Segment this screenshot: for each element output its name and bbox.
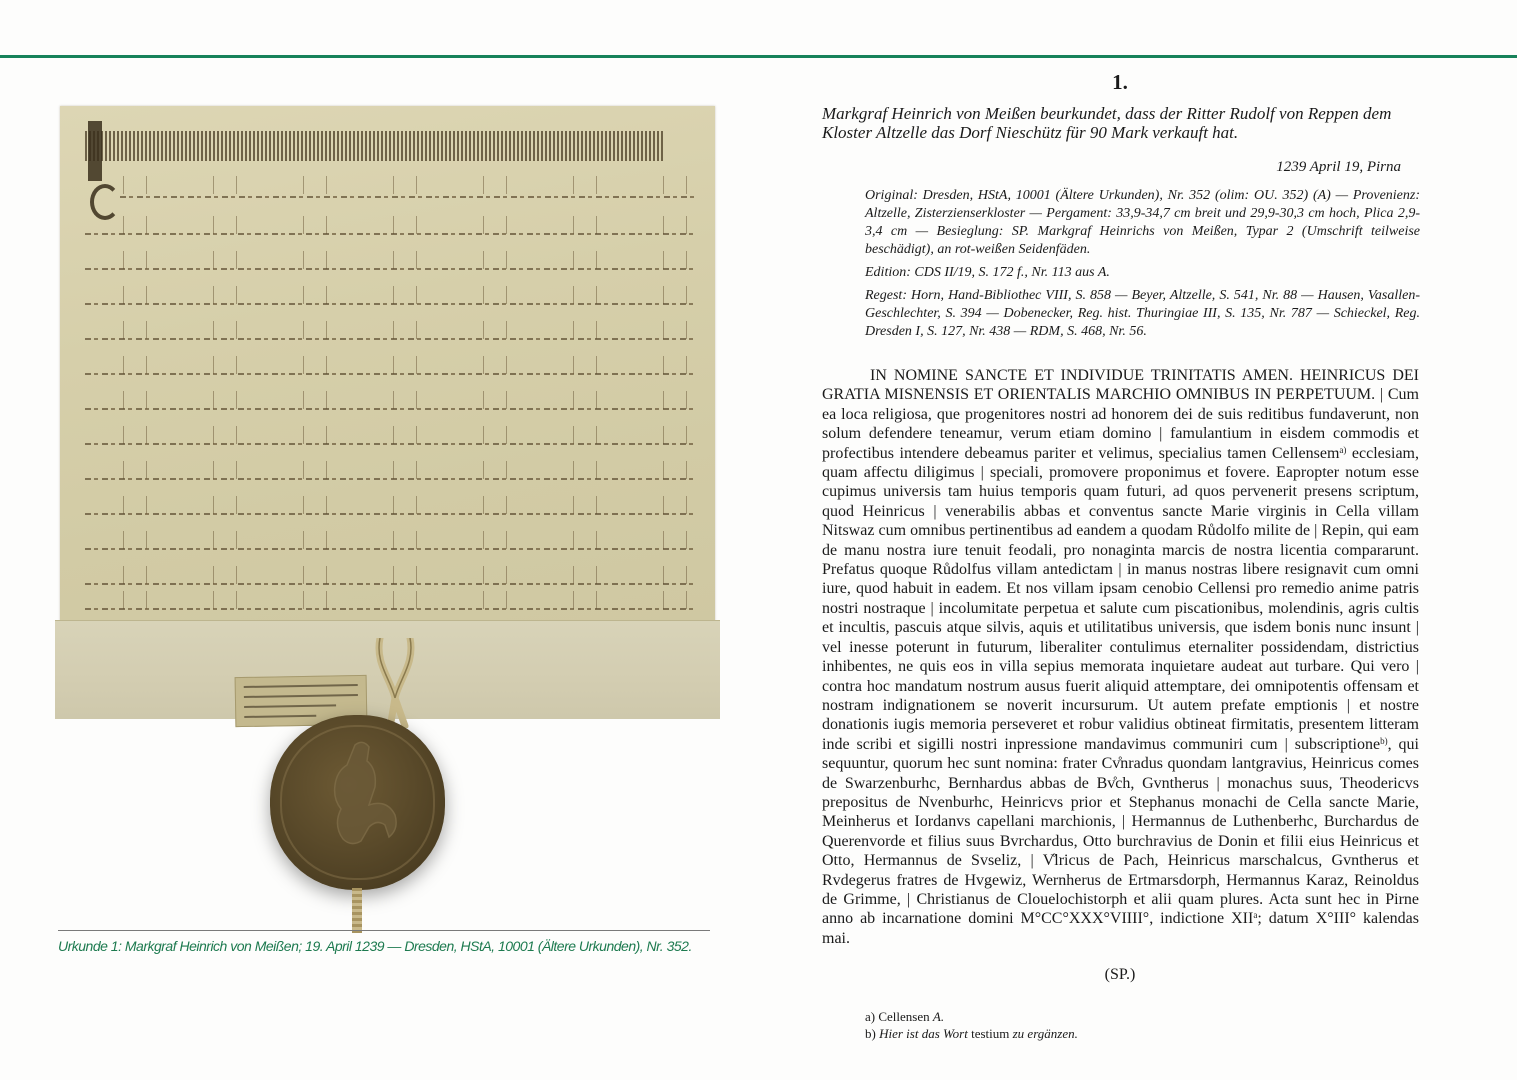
document-number: 1. xyxy=(1080,70,1160,95)
parchment-sheet xyxy=(60,106,715,628)
footnotes: a) Cellensen A. b) Hier ist das Wort tes… xyxy=(865,1008,1265,1042)
seal-cord-tail xyxy=(352,888,362,933)
text-part-1: IN NOMINE SANCTE ET INDIVIDUE TRINITATIS… xyxy=(822,367,1419,462)
charter-heading-script xyxy=(85,131,665,161)
figure-caption: Urkunde 1: Markgraf Heinrich von Meißen;… xyxy=(58,938,758,954)
text-part-2: ecclesiam, quam affectu diligimus | spec… xyxy=(822,445,1419,753)
seal-cords xyxy=(360,638,430,728)
date-place: 1239 April 19, Pirna xyxy=(1200,159,1401,176)
apparatus-regest: Regest: Horn, Hand-Bibliothec VIII, S. 8… xyxy=(865,287,1420,341)
decorated-initial xyxy=(88,121,102,181)
footnote-ref-b[interactable]: b) xyxy=(1380,736,1388,746)
text-part-3: , qui sequuntur, quorum hec sunt nomina:… xyxy=(822,736,1419,928)
charter-photograph xyxy=(55,98,715,933)
apparatus-edition: Edition: CDS II/19, S. 172 f., Nr. 113 a… xyxy=(865,264,1420,282)
regest-title: Markgraf Heinrich von Meißen beurkundet,… xyxy=(822,104,1422,142)
caption-rule xyxy=(58,930,710,931)
footnote-b: b) Hier ist das Wort testium zu ergänzen… xyxy=(865,1025,1265,1042)
header-rule xyxy=(0,55,1517,58)
equestrian-figure-icon xyxy=(315,735,405,855)
wax-seal xyxy=(270,715,445,890)
apparatus-original: Original: Dresden, HStA, 10001 (Ältere U… xyxy=(865,187,1420,259)
footnote-a: a) Cellensen A. xyxy=(865,1008,1265,1025)
seal-mark: (SP.) xyxy=(1080,966,1160,984)
charter-text: IN NOMINE SANCTE ET INDIVIDUE TRINITATIS… xyxy=(822,366,1419,948)
